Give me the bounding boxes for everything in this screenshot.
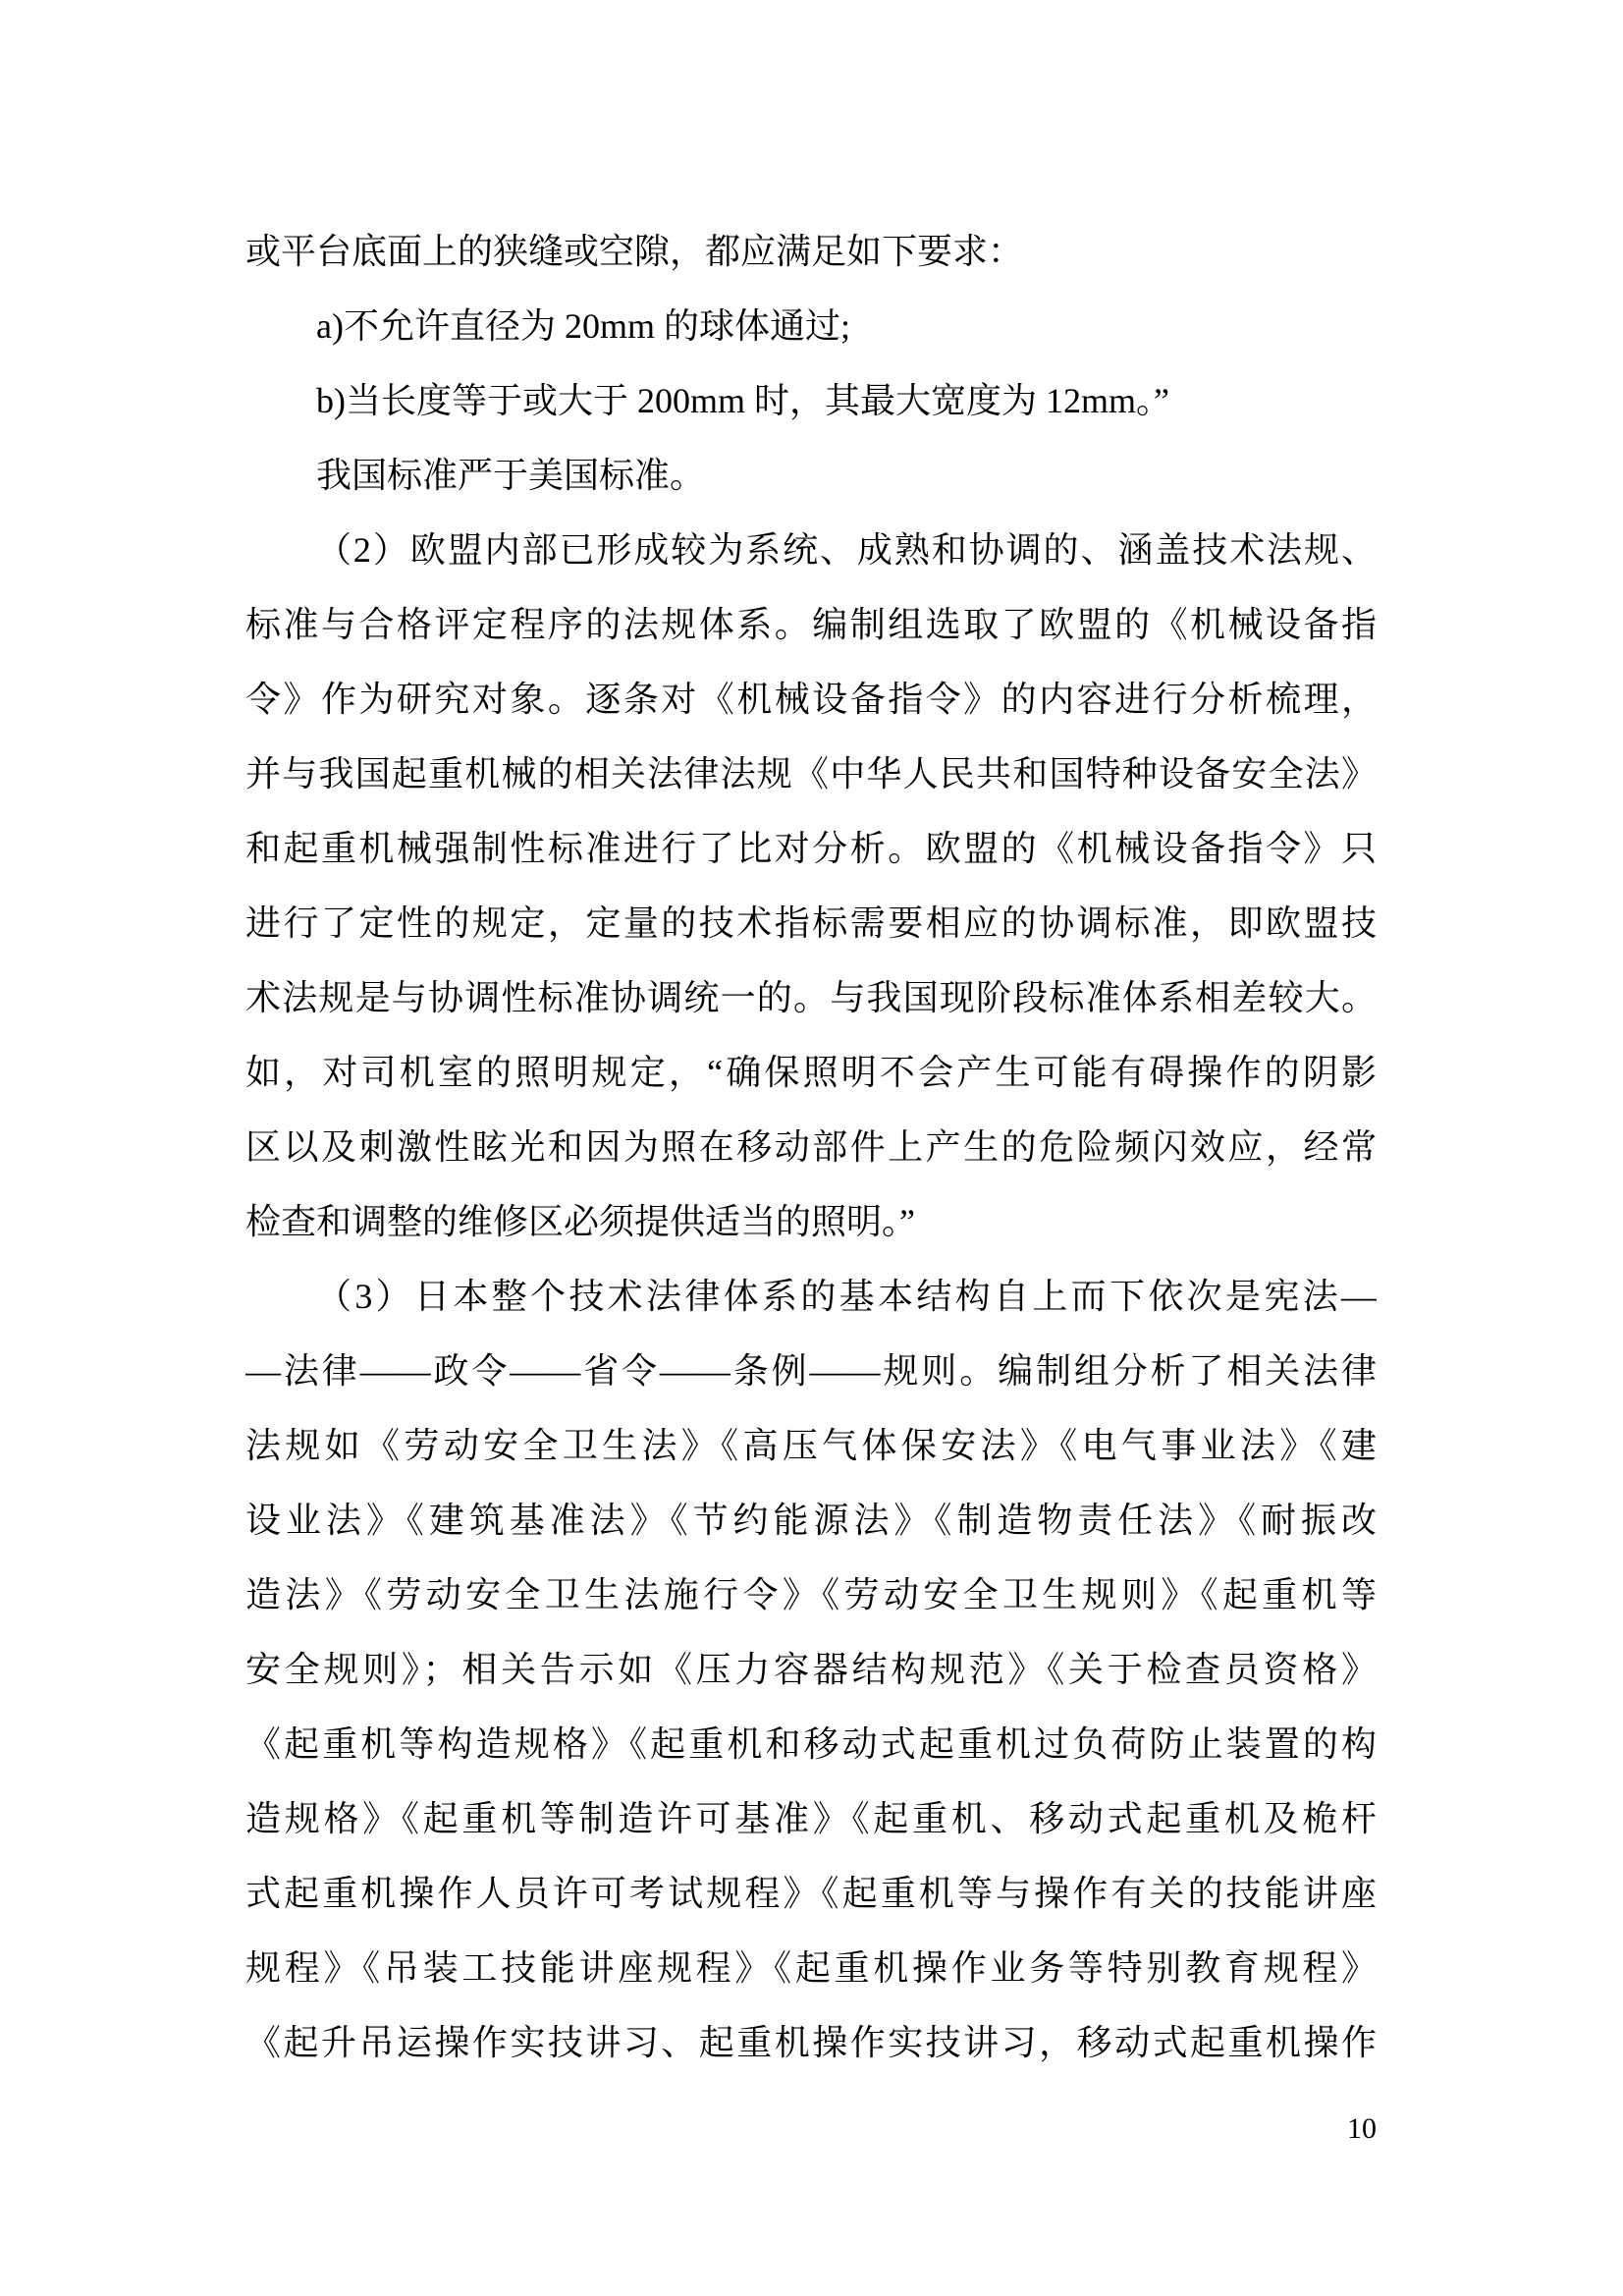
text-content: 或平台底面上的狭缝或空隙，都应满足如下要求：a)不允许直径为 20mm 的球体通… [245,214,1377,2080]
text-line: 造规格》《起重机等制造许可基准》《起重机、移动式起重机及桅杆 [245,1781,1377,1856]
text-line: 式起重机操作人员许可考试规程》《起重机等与操作有关的技能讲座 [245,1856,1377,1931]
text-line: 术法规是与协调性标准协调统一的。与我国现阶段标准体系相差较大。 [245,960,1377,1035]
text-line: 检查和调整的维修区必须提供适当的照明。” [245,1184,1377,1259]
text-line: 《起升吊运操作实技讲习、起重机操作实技讲习，移动式起重机操作 [245,2005,1377,2080]
text-line: 令》作为研究对象。逐条对《机械设备指令》的内容进行分析梳理， [245,662,1377,737]
text-line: 设业法》《建筑基准法》《节约能源法》《制造物责任法》《耐振改 [245,1483,1377,1558]
text-line: 和起重机械强制性标准进行了比对分析。欧盟的《机械设备指令》只 [245,811,1377,886]
text-line: 或平台底面上的狭缝或空隙，都应满足如下要求： [245,214,1377,289]
text-line: a)不允许直径为 20mm 的球体通过; [245,289,1377,363]
text-line: 并与我国起重机械的相关法律法规《中华人民共和国特种设备安全法》 [245,737,1377,811]
page-number: 10 [245,2109,1377,2149]
text-line: 标准与合格评定程序的法规体系。编制组选取了欧盟的《机械设备指 [245,587,1377,662]
text-line: 安全规则》；相关告示如《压力容器结构规范》《关于检查员资格》 [245,1632,1377,1707]
text-line: —法律——政令——省令——条例——规则。编制组分析了相关法律 [245,1334,1377,1408]
text-line: 我国标准严于美国标准。 [245,438,1377,513]
text-line: （2）欧盟内部已形成较为系统、成熟和协调的、涵盖技术法规、 [245,513,1377,587]
text-line: b)当长度等于或大于 200mm 时，其最大宽度为 12mm。” [245,363,1377,438]
text-line: 如，对司机室的照明规定，“确保照明不会产生可能有碍操作的阴影 [245,1035,1377,1110]
document-page: 或平台底面上的狭缝或空隙，都应满足如下要求：a)不允许直径为 20mm 的球体通… [0,0,1623,2296]
text-line: 进行了定性的规定，定量的技术指标需要相应的协调标准，即欧盟技 [245,886,1377,960]
text-line: （3）日本整个技术法律体系的基本结构自上而下依次是宪法— [245,1259,1377,1334]
text-line: 区以及刺激性眩光和因为照在移动部件上产生的危险频闪效应，经常 [245,1110,1377,1184]
text-line: 法规如《劳动安全卫生法》《高压气体保安法》《电气事业法》《建 [245,1408,1377,1483]
text-line: 《起重机等构造规格》《起重机和移动式起重机过负荷防止装置的构 [245,1707,1377,1781]
text-line: 规程》《吊装工技能讲座规程》《起重机操作业务等特别教育规程》 [245,1931,1377,2005]
text-line: 造法》《劳动安全卫生法施行令》《劳动安全卫生规则》《起重机等 [245,1558,1377,1632]
